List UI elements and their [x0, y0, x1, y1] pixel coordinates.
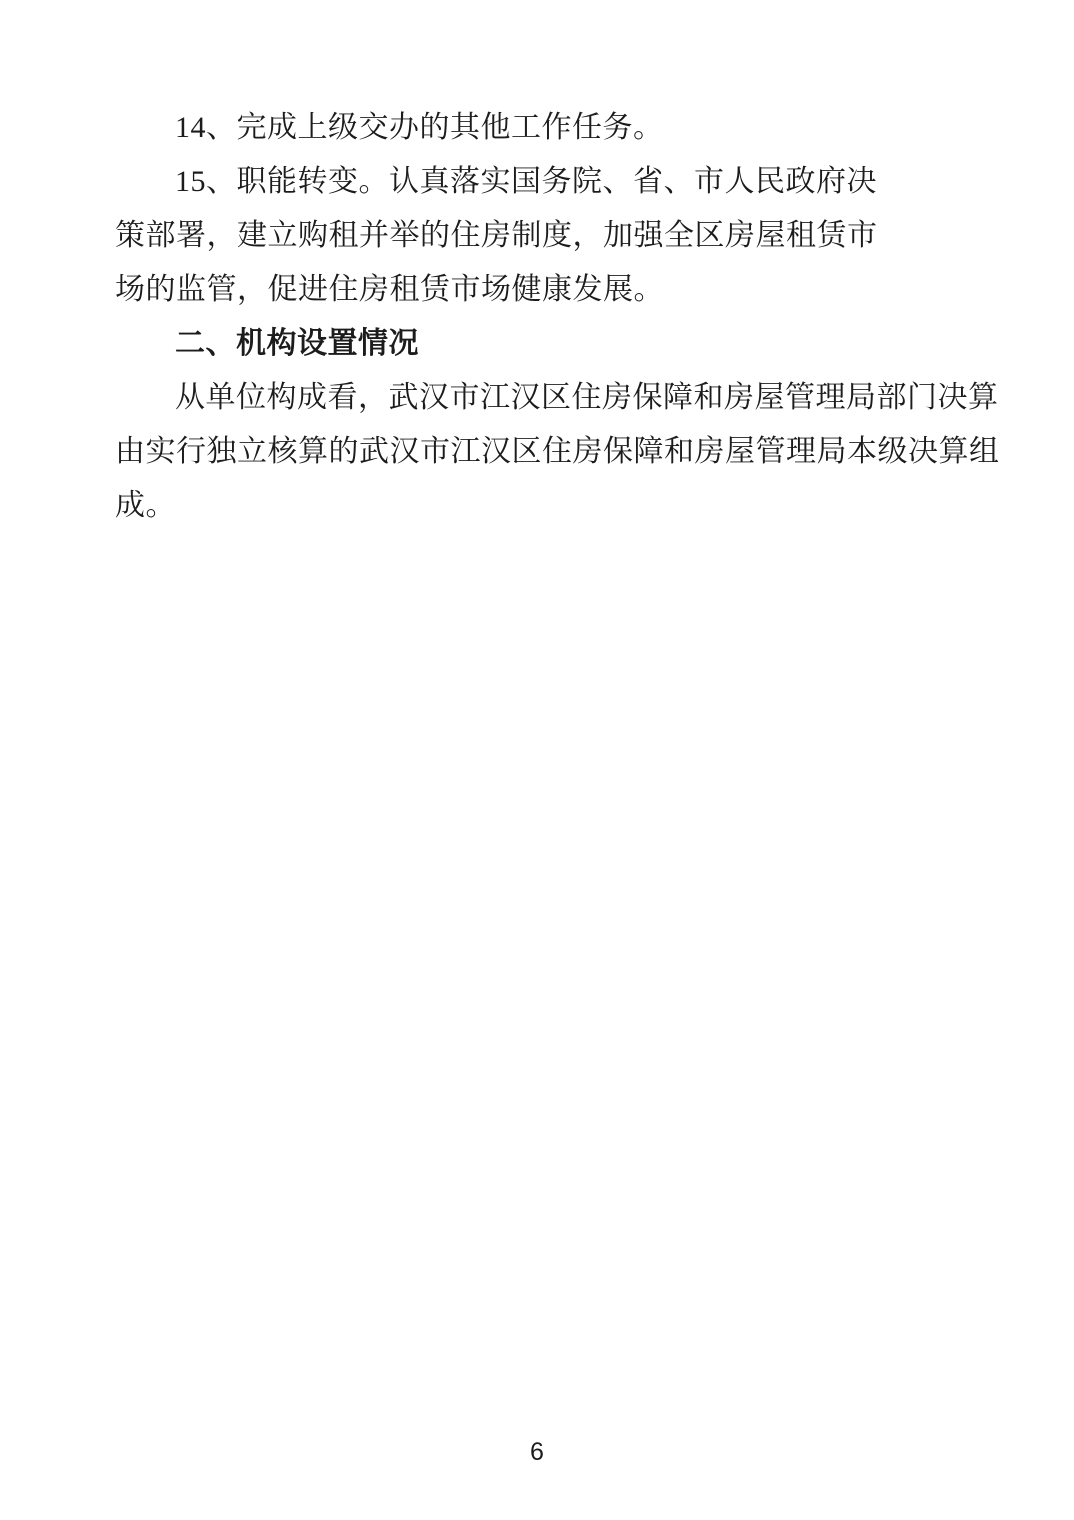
- section-heading: 二、机构设置情况: [115, 317, 975, 371]
- org-paragraph-line-3: 成。: [115, 479, 975, 533]
- list-item-15-line-3: 场的监管，促进住房租赁市场健康发展。: [115, 263, 975, 317]
- org-paragraph-line-1: 从单位构成看，武汉市江汉区住房保障和房屋管理局部门决算: [115, 371, 975, 425]
- document-page: 14、完成上级交办的其他工作任务。 15、职能转变。认真落实国务院、省、市人民政…: [0, 0, 1074, 1520]
- document-body: 14、完成上级交办的其他工作任务。 15、职能转变。认真落实国务院、省、市人民政…: [115, 101, 975, 533]
- list-item-15-line-1: 15、职能转变。认真落实国务院、省、市人民政府决: [115, 155, 975, 209]
- page-number: 6: [0, 1438, 1074, 1466]
- list-item-15-line-2: 策部署，建立购租并举的住房制度，加强全区房屋租赁市: [115, 209, 975, 263]
- org-paragraph-line-2: 由实行独立核算的武汉市江汉区住房保障和房屋管理局本级决算组: [115, 425, 975, 479]
- list-item-14: 14、完成上级交办的其他工作任务。: [115, 101, 975, 155]
